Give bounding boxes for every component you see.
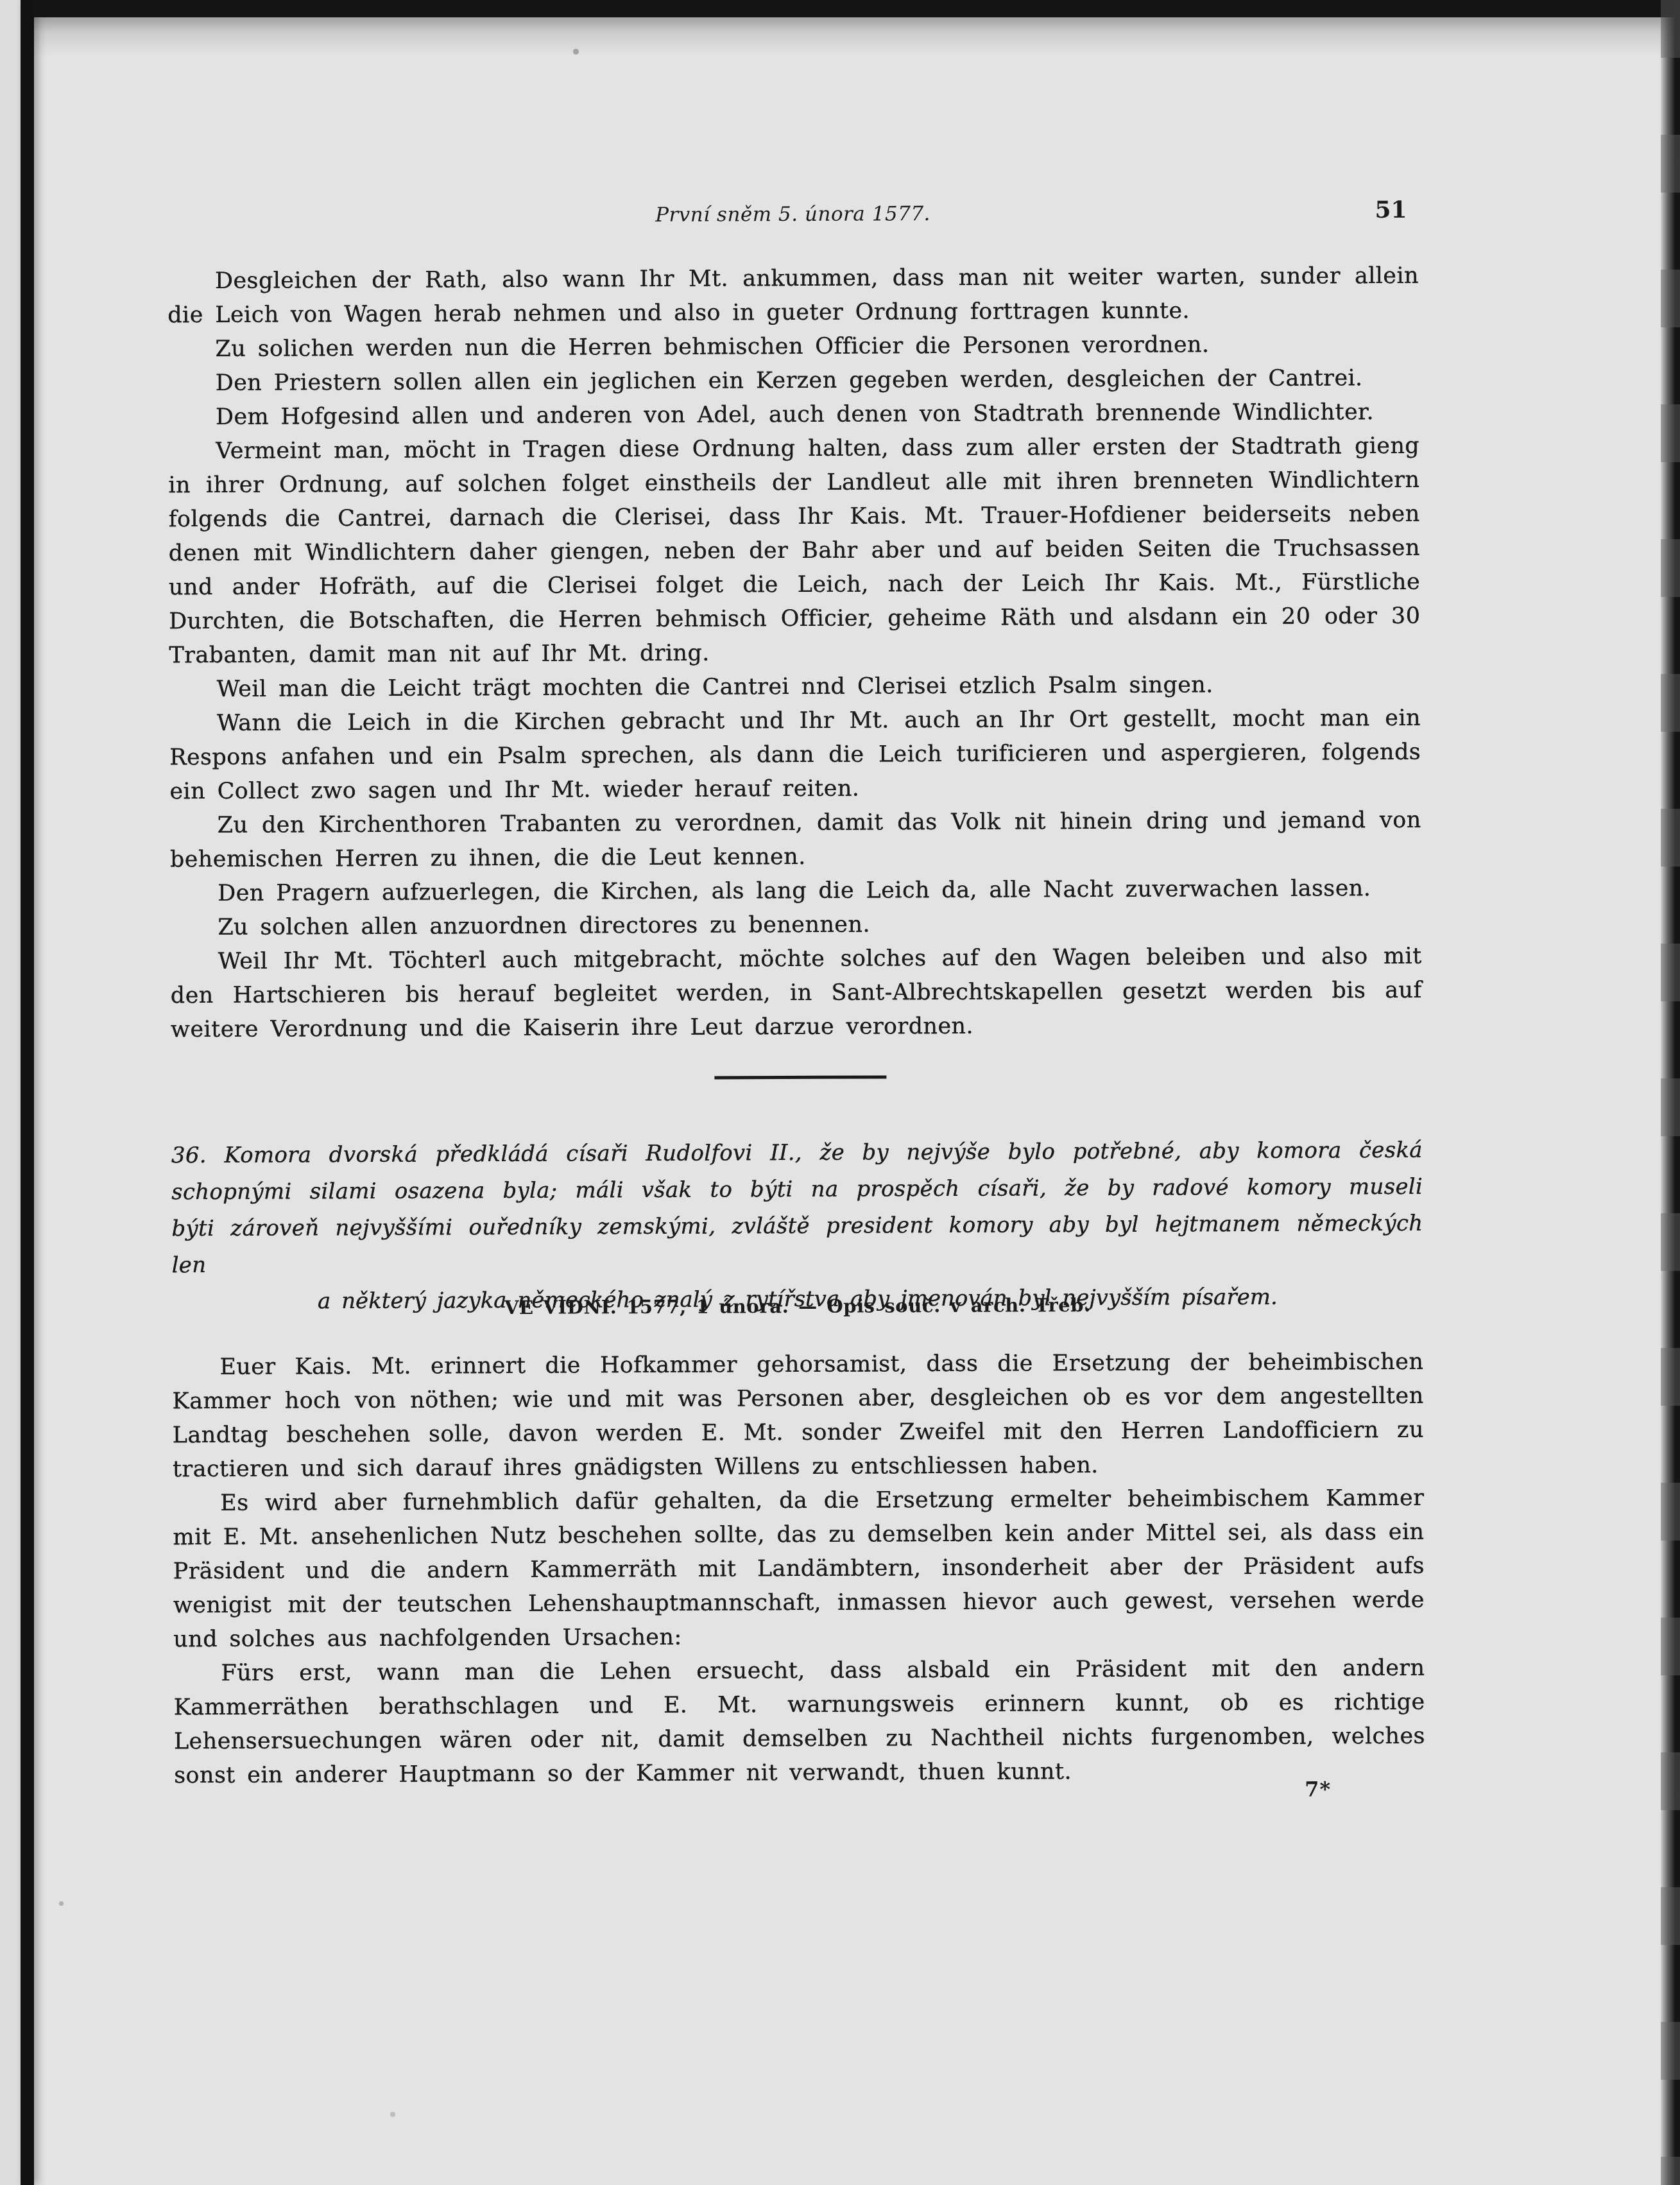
record-paragraph: Weil Ihr Mt. Töchterl auch mitgebracht, … <box>170 940 1422 1048</box>
record-paragraph: Zu solchen allen anzuordnen directores z… <box>170 906 1421 946</box>
record-paragraph: Den Pragern aufzuerlegen, die Kirchen, a… <box>170 872 1421 911</box>
record-paragraph: Zu solichen werden nun die Herren behmis… <box>167 327 1419 367</box>
scanned-book-page: První sněm 5. února 1577. 51 Desgleichen… <box>0 0 1680 2185</box>
section-divider <box>714 1075 886 1079</box>
record-paragraph: Zu den Kirchenthoren Trabanten zu verord… <box>170 804 1421 877</box>
record-paragraph: Wann die Leich in die Kirchen gebracht u… <box>169 702 1421 809</box>
record-paragraph: Desgleichen der Rath, also wann Ihr Mt. … <box>167 259 1419 333</box>
record-36-text: Euer Kais. Mt. erinnert die Hofkammer ge… <box>172 1345 1425 1793</box>
page-number: 51 <box>1375 196 1407 223</box>
running-title: První sněm 5. února 1577. <box>167 200 1418 229</box>
record-paragraph: Den Priestern sollen allen ein jeglichen… <box>168 361 1419 401</box>
record-paragraph: Dem Hofgesind allen und anderen von Adel… <box>168 395 1419 435</box>
scan-right-edge <box>1661 0 1680 2185</box>
signature-mark: 7* <box>1305 1777 1331 1801</box>
scan-left-margin <box>0 0 21 2185</box>
record-36-summary-main: 36. Komora dvorská předkládá císaři Rudo… <box>171 1132 1423 1284</box>
record-36-summary: 36. Komora dvorská předkládá císaři Rudo… <box>171 1132 1423 1321</box>
page-content: První sněm 5. února 1577. 51 Desgleichen… <box>166 0 1427 2185</box>
record-paragraph: Es wird aber furnehmblich dafür gehalten… <box>173 1481 1425 1657</box>
record-paragraph: Weil man die Leicht trägt mochten die Ca… <box>169 668 1421 707</box>
record-paragraph: Fürs erst, wann man die Lehen ersuecht, … <box>173 1652 1425 1793</box>
record-paragraph: Vermeint man, möcht in Tragen diese Ordn… <box>168 429 1421 673</box>
scan-speck <box>59 1901 64 1906</box>
record-paragraph: Euer Kais. Mt. erinnert die Hofkammer ge… <box>172 1345 1424 1487</box>
continued-record-text: Desgleichen der Rath, also wann Ihr Mt. … <box>167 259 1422 1047</box>
scan-gutter-bar <box>21 0 34 2185</box>
